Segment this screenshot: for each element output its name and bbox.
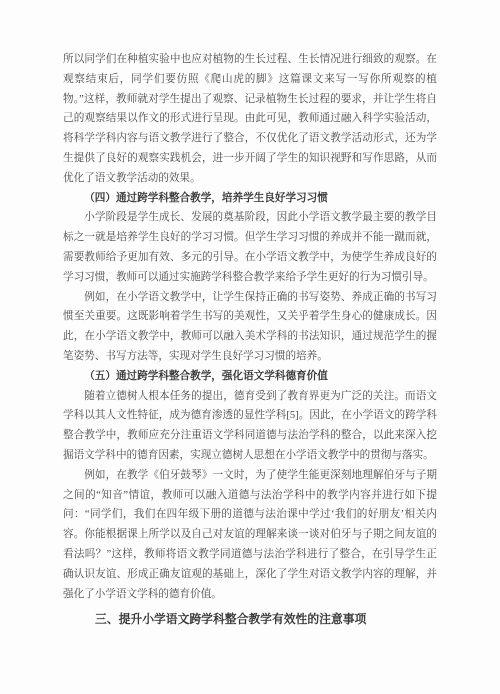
section-heading-four-study-habits: （四）通过跨学科整合教学，培养学生良好学习习惯 — [63, 189, 437, 209]
document-page: 所以同学们在种植实验中也应对植物的生长过程、生长情况进行细致的观察。在观察结束后… — [0, 0, 500, 694]
paragraph-handwriting-example: 例如，在小学语文教学中，让学生保持正确的书写姿势、养成正确的书写习惯至关重要。这… — [63, 288, 437, 367]
paragraph-boya-guqin-example: 例如，在教学《伯牙鼓琴》一文时，为了使学生能更深刻地理解伯牙与子期之间的“知音”… — [63, 466, 437, 605]
paragraph-moral-education-overview: 随着立德树人根本任务的提出，德育受到了教育界更为广泛的关注。而语文学科以其人文性… — [63, 387, 437, 466]
chapter-heading-three-notes: 三、提升小学语文跨学科整合教学有效性的注意事项 — [63, 609, 437, 629]
paragraph-study-habits-overview: 小学阶段是学生成长、发展的奠基阶段，因此小学语文教学最主要的教学目标之一就是培养… — [63, 208, 437, 287]
section-heading-five-moral-education: （五）通过跨学科整合教学，强化语文学科德育价值 — [63, 367, 437, 387]
paragraph-science-integration-continuation: 所以同学们在种植实验中也应对植物的生长过程、生长情况进行细致的观察。在观察结束后… — [63, 50, 437, 189]
